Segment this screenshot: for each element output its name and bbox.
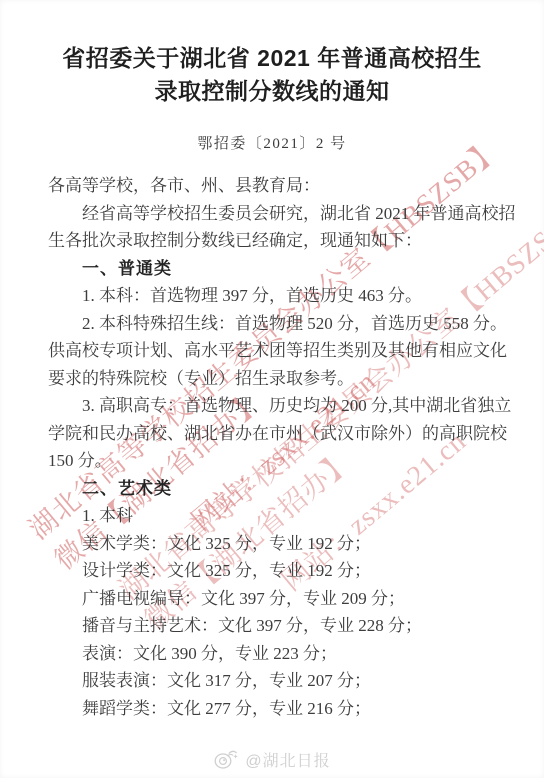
body-line: 1. 本科 (48, 502, 504, 530)
body-line: 广播电视编导：文化 397 分，专业 209 分； (48, 585, 504, 613)
credit-text: @湖北日报 (245, 748, 330, 771)
section-heading-general: 一、普通类 (48, 255, 504, 283)
document-page: 湖北省高等学校招生委员会办公室【HBSZSB】 微信【湖北省招办】 网站：zsx… (0, 0, 544, 778)
body-line: 要求的特殊院校（专业）招生录取参考。 (48, 365, 504, 393)
doc-number: 鄂招委〔2021〕2 号 (0, 134, 544, 154)
body-line: 舞蹈学类：文化 277 分，专业 216 分； (48, 695, 504, 723)
weibo-logo-icon (213, 748, 239, 770)
title-line-2: 录取控制分数线的通知 (0, 75, 544, 108)
body-line: 经省高等学校招生委员会研究，湖北省 2021 年普通高校招 (48, 200, 504, 228)
body-line: 2. 本科特殊招生线：首选物理 520 分，首选历史 558 分。 (48, 310, 504, 338)
source-credit: @湖北日报 (0, 746, 544, 772)
document-content: 省招委关于湖北省 2021 年普通高校招生 录取控制分数线的通知 鄂招委〔202… (0, 0, 544, 722)
body-line-salutation: 各高等学校，各市、州、县教育局： (48, 172, 504, 200)
body-line: 设计学类：文化 325 分，专业 192 分； (48, 557, 504, 585)
body-line: 1. 本科：首选物理 397 分，首选历史 463 分。 (48, 282, 504, 310)
body-line: 150 分。 (48, 447, 504, 475)
body-line: 学院和民办高校、湖北省办在市州（武汉市除外）的高职院校 (48, 420, 504, 448)
body-line: 供高校专项计划、高水平艺术团等招生类别及其他有相应文化 (48, 337, 504, 365)
body-line: 播音与主持艺术：文化 397 分，专业 228 分； (48, 612, 504, 640)
document-body: 各高等学校，各市、州、县教育局： 经省高等学校招生委员会研究，湖北省 2021 … (0, 172, 544, 722)
section-heading-art: 二、艺术类 (48, 475, 504, 503)
page-title: 省招委关于湖北省 2021 年普通高校招生 录取控制分数线的通知 (0, 0, 544, 108)
body-line: 服装表演：文化 317 分，专业 207 分； (48, 667, 504, 695)
body-line: 表演：文化 390 分，专业 223 分； (48, 640, 504, 668)
body-line: 生各批次录取控制分数线已经确定，现通知如下： (48, 227, 504, 255)
body-line: 美术学类：文化 325 分，专业 192 分； (48, 530, 504, 558)
title-line-1: 省招委关于湖北省 2021 年普通高校招生 (0, 42, 544, 75)
body-line: 3. 高职高专：首选物理、历史均为 200 分,其中湖北省独立 (48, 392, 504, 420)
